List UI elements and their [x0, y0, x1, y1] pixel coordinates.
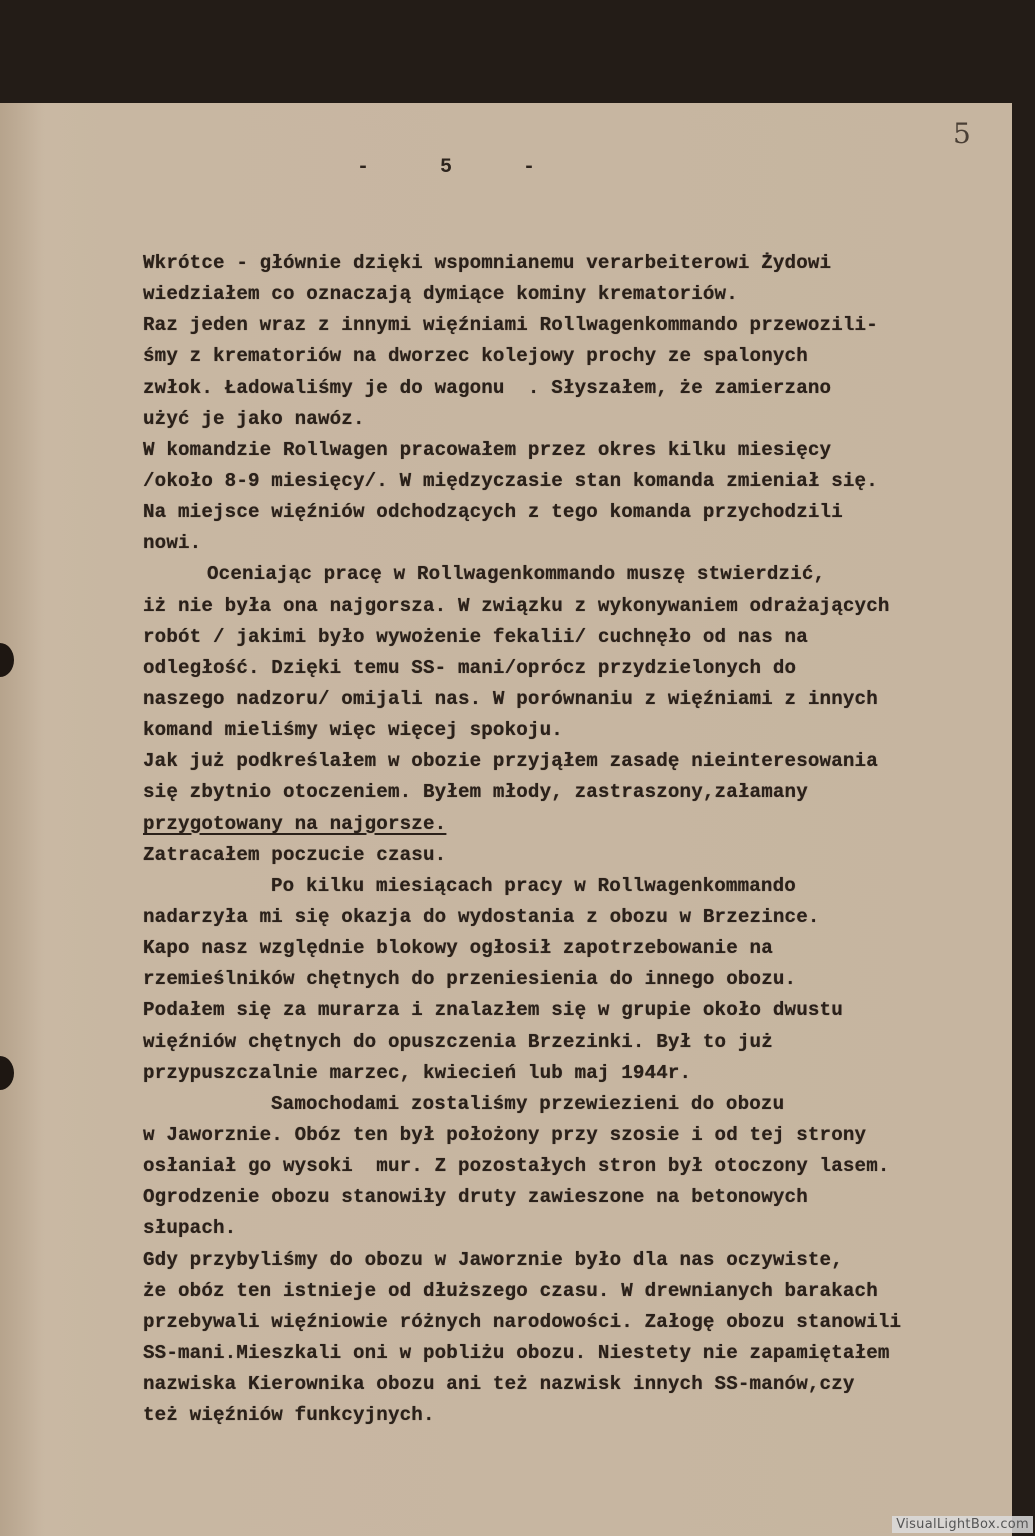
- text-line: komand mieliśmy więc więcej spokoju.: [143, 715, 1003, 746]
- text-line: Kapo nasz względnie blokowy ogłosił zapo…: [143, 933, 1003, 964]
- text-line: Ogrodzenie obozu stanowiły druty zawiesz…: [143, 1182, 1003, 1213]
- text-line: iż nie była ona najgorsza. W związku z w…: [143, 591, 1003, 622]
- text-line: przebywali więźniowie różnych narodowośc…: [143, 1307, 1003, 1338]
- text-line: Podałem się za murarza i znalazłem się w…: [143, 995, 1003, 1026]
- text-line: użyć je jako nawóz.: [143, 404, 1003, 435]
- text-line: naszego nadzoru/ omijali nas. W porównan…: [143, 684, 1003, 715]
- text-line: zwłok. Ładowaliśmy je do wagonu . Słysza…: [143, 373, 1003, 404]
- text-line: Gdy przybyliśmy do obozu w Jaworznie był…: [143, 1245, 1003, 1276]
- text-line: wiedziałem co oznaczają dymiące kominy k…: [143, 279, 1003, 310]
- page-number-value: 5: [440, 156, 454, 179]
- watermark: VisualLightBox.com: [892, 1516, 1033, 1533]
- text-line: też więźniów funkcyjnych.: [143, 1400, 1003, 1431]
- text-line: Po kilku miesiącach pracy w Rollwagenkom…: [143, 871, 1003, 902]
- text-line: W komandzie Rollwagen pracowałem przez o…: [143, 435, 1003, 466]
- text-line: przypuszczalnie marzec, kwiecień lub maj…: [143, 1058, 1003, 1089]
- text-line: Raz jeden wraz z innymi więźniami Rollwa…: [143, 310, 1003, 341]
- typed-body-text: Wkrótce - głównie dzięki wspomnianemu ve…: [143, 248, 1003, 1431]
- text-line: więźniów chętnych do opuszczenia Brzezin…: [143, 1027, 1003, 1058]
- text-line: /około 8-9 miesięcy/. W międzyczasie sta…: [143, 466, 1003, 497]
- typed-page-number: - 5 -: [357, 156, 537, 179]
- paper-edge-shade: [0, 103, 45, 1536]
- text-line: przygotowany na najgorsze.: [143, 809, 1003, 840]
- text-line: nowi.: [143, 528, 1003, 559]
- handwritten-page-number: 5: [953, 117, 971, 150]
- text-line: Jak już podkreślałem w obozie przyjąłem …: [143, 746, 1003, 777]
- text-line: się zbytnio otoczeniem. Byłem młody, zas…: [143, 777, 1003, 808]
- text-line: słupach.: [143, 1213, 1003, 1244]
- page-number-dash-left: -: [357, 156, 371, 179]
- text-line: Wkrótce - głównie dzięki wspomnianemu ve…: [143, 248, 1003, 279]
- text-line: nadarzyła mi się okazja do wydostania z …: [143, 902, 1003, 933]
- text-line: śmy z krematoriów na dworzec kolejowy pr…: [143, 341, 1003, 372]
- page-number-dash-right: -: [523, 156, 537, 179]
- text-line: osłaniał go wysoki mur. Z pozostałych st…: [143, 1151, 1003, 1182]
- text-line: Oceniając pracę w Rollwagenkommando musz…: [143, 559, 1003, 590]
- text-line: w Jaworznie. Obóz ten był położony przy …: [143, 1120, 1003, 1151]
- text-line: SS-mani.Mieszkali oni w pobliżu obozu. N…: [143, 1338, 1003, 1369]
- document-page: 5 - 5 - Wkrótce - głównie dzięki wspomni…: [0, 103, 1012, 1536]
- text-line: Samochodami zostaliśmy przewiezieni do o…: [143, 1089, 1003, 1120]
- text-line: odległość. Dzięki temu SS- mani/oprócz p…: [143, 653, 1003, 684]
- text-line: robót / jakimi było wywożenie fekalii/ c…: [143, 622, 1003, 653]
- text-line: nazwiska Kierownika obozu ani też nazwis…: [143, 1369, 1003, 1400]
- text-line: że obóz ten istnieje od dłuższego czasu.…: [143, 1276, 1003, 1307]
- text-line: Na miejsce więźniów odchodzących z tego …: [143, 497, 1003, 528]
- text-line: rzemieślników chętnych do przeniesienia …: [143, 964, 1003, 995]
- text-line: Zatracałem poczucie czasu.: [143, 840, 1003, 871]
